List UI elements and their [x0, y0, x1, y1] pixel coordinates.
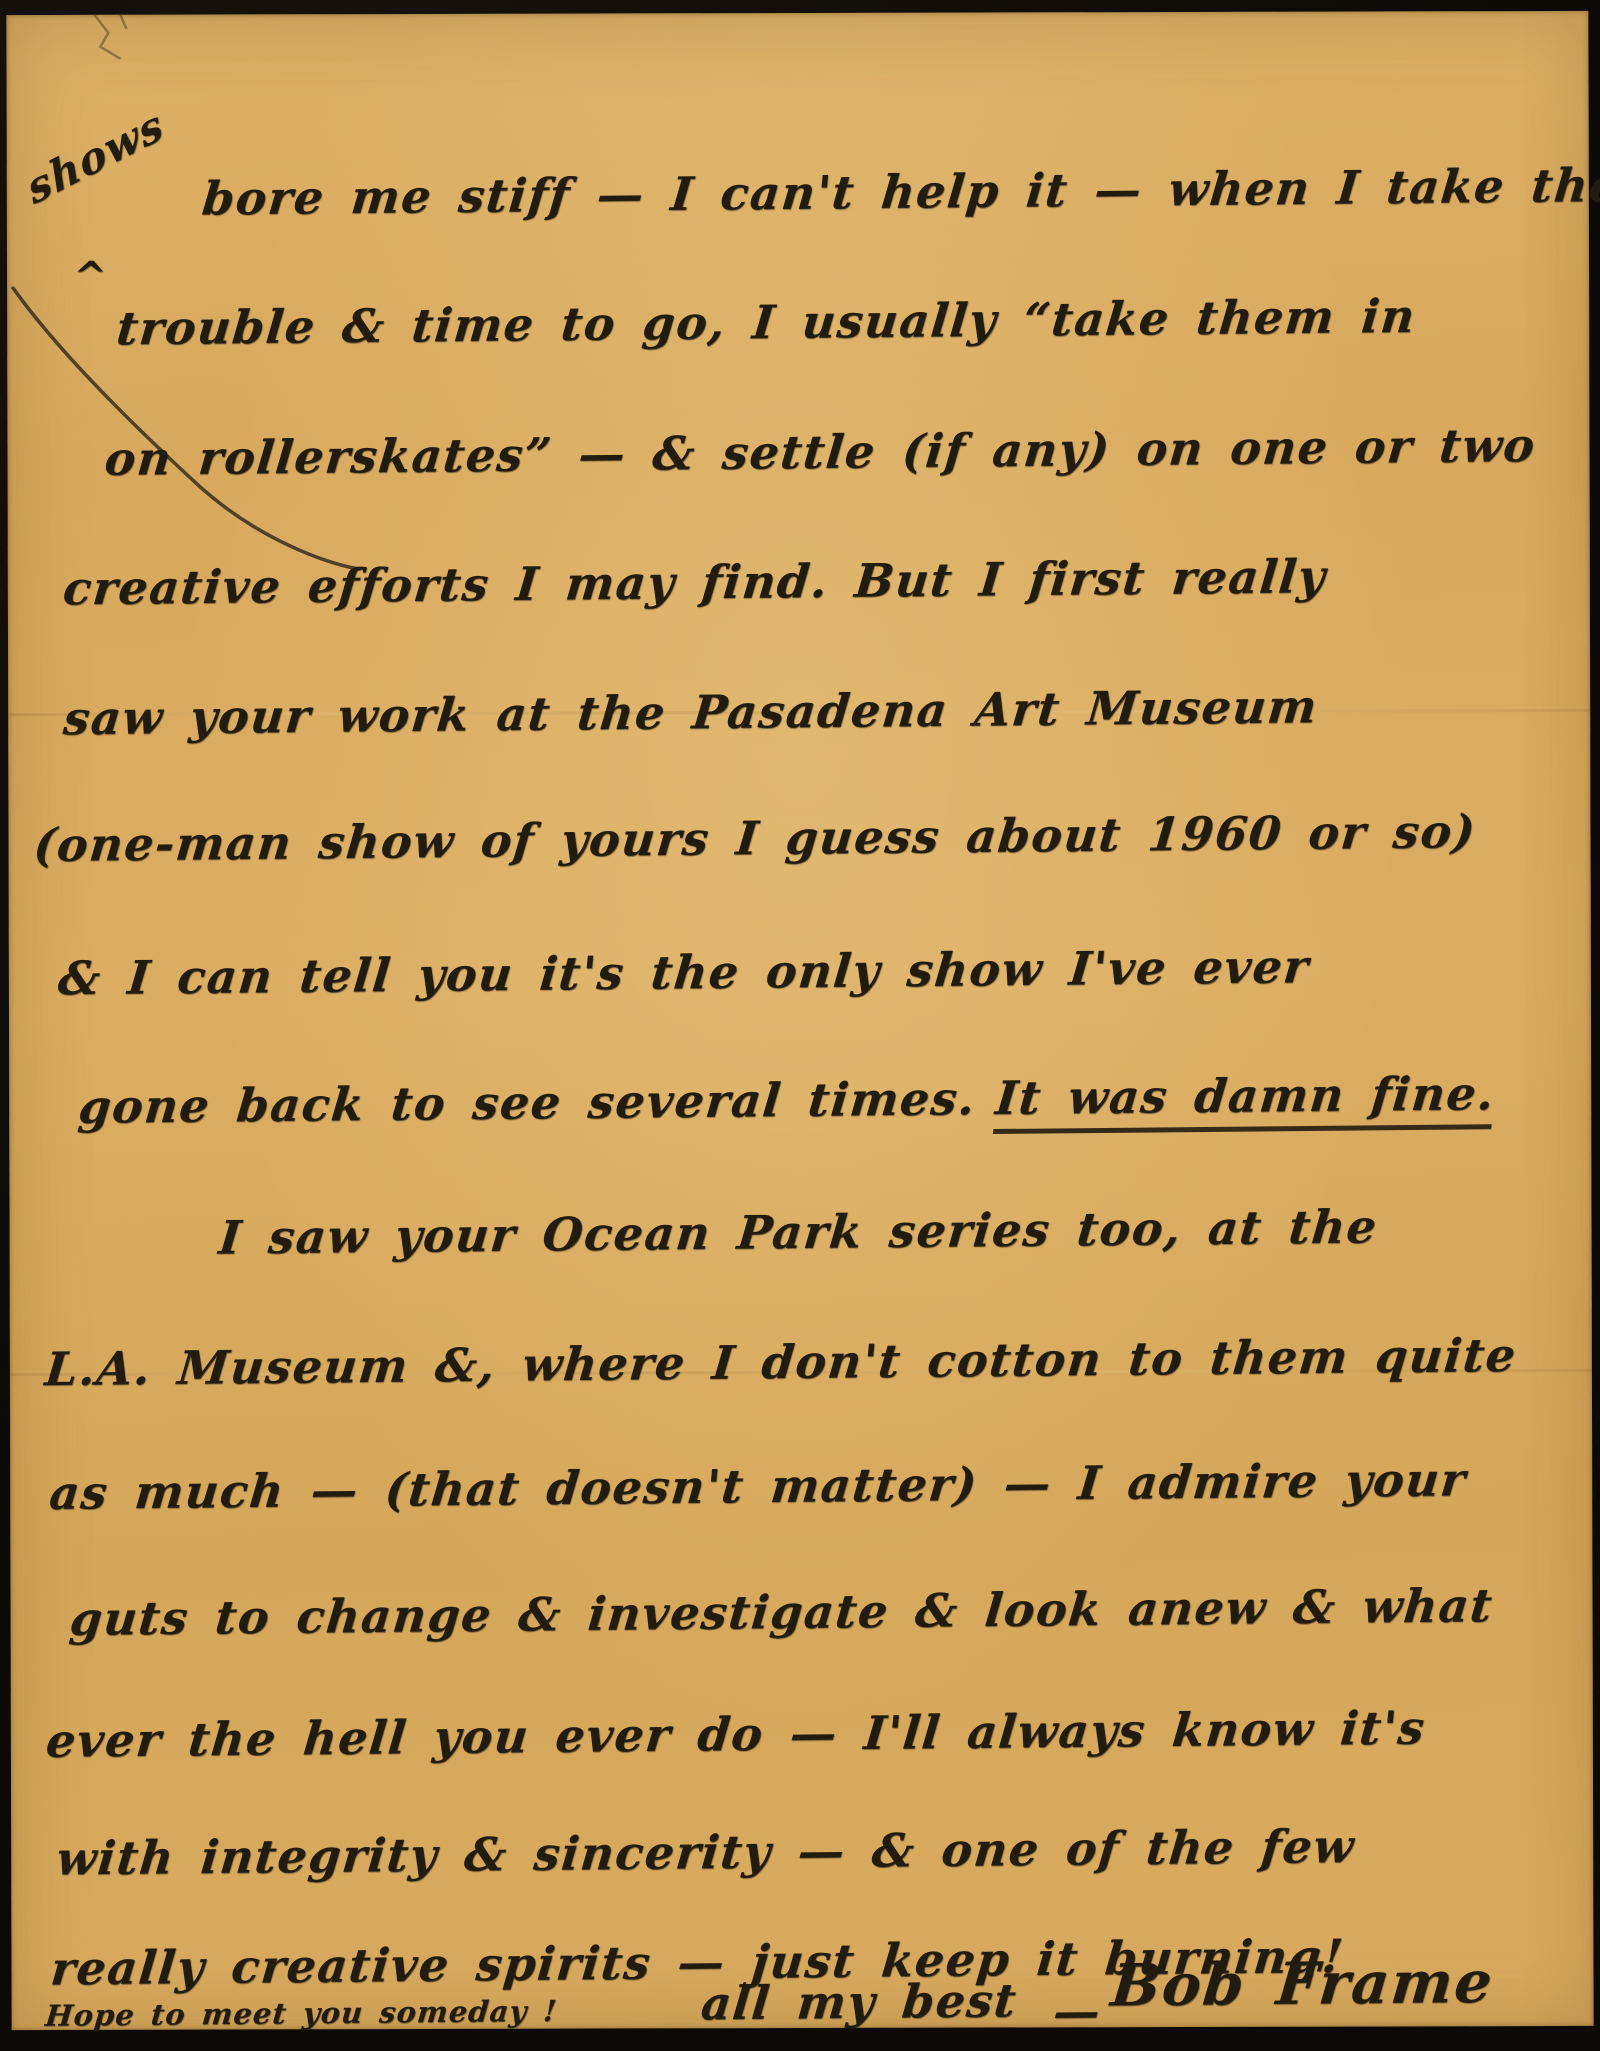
letter-line-1: bore me stiff — I can't help it — when I… [200, 158, 1600, 226]
inserted-word: shows [21, 99, 170, 214]
paper-tear-mark [86, 15, 156, 65]
letter-line-2: trouble & time to go, I usually “take th… [114, 289, 1418, 355]
scan-background: shows ^ bore me stiff — I can't help it … [0, 0, 1600, 2051]
letter-paper: shows ^ bore me stiff — I can't help it … [6, 11, 1593, 2030]
letter-line-14: with integrity & sincerity — & one of th… [54, 1819, 1357, 1885]
underlined-phrase: It was damn fine. [993, 1066, 1498, 1134]
letter-line-9: I saw your Ocean Park series too, at the [217, 1199, 1381, 1264]
letter-line-6: (one-man show of yours I guess about 196… [31, 804, 1478, 872]
letter-line-10: L.A. Museum &, where I don't cotton to t… [43, 1328, 1519, 1396]
valediction-dash: — [1051, 1984, 1104, 2038]
signature: Bob Frame [1108, 1948, 1497, 2020]
letter-line-5: saw your work at the Pasadena Art Museum [61, 679, 1320, 745]
letter-line-8: gone back to see several times.It was da… [76, 1066, 1497, 1134]
postscript: Hope to meet you someday ! [44, 1994, 559, 2033]
letter-line-4: creative efforts I may find. But I first… [61, 549, 1329, 615]
caret-mark: ^ [71, 253, 111, 300]
letter-line-13: ever the hell you ever do — I'll always … [44, 1701, 1428, 1768]
valediction: all my best [699, 1973, 1020, 2030]
letter-line-7: & I can tell you it's the only show I've… [56, 939, 1312, 1005]
letter-line-12: guts to change & investigate & look anew… [67, 1578, 1495, 1646]
letter-line-11: as much — (that doesn't matter) — I admi… [47, 1452, 1469, 1520]
letter-line-8-text: gone back to see several times. [76, 1071, 978, 1134]
